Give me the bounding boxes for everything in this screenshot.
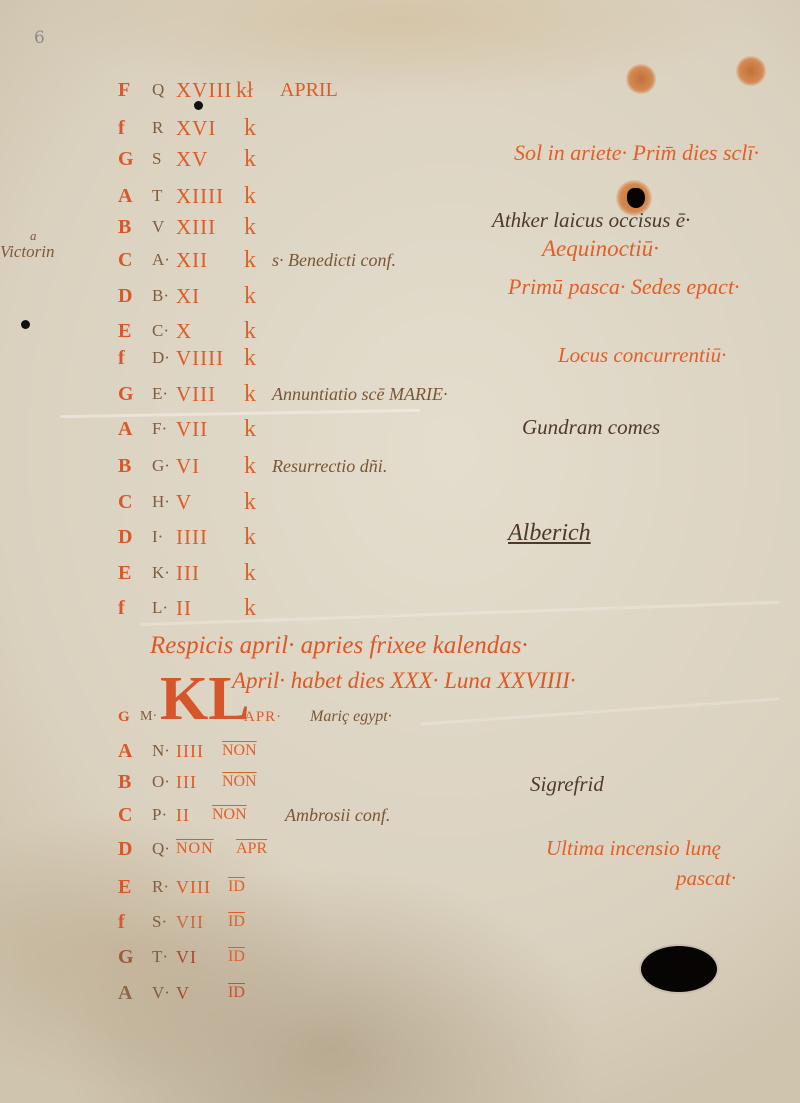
dominical-letter: G — [118, 702, 142, 732]
feast-note: Ambrosii conf. — [285, 800, 390, 830]
dominical-letter: D — [118, 281, 142, 311]
margin-note-sol-in-ariete: Sol in ariete· Prim̄ dies sclī· — [514, 140, 759, 166]
lunar-letter: Q — [152, 75, 164, 105]
dominical-letter: C — [118, 245, 142, 275]
margin-note-locus-concurrentium: Locus concurrentiū· — [558, 343, 726, 368]
margin-note-primum-pascha: Primū pasca· Sedes epact· — [508, 274, 740, 300]
april-verse-line-1: Respicis april· apries frixee kalendas· — [150, 632, 528, 660]
dominical-letter: C — [118, 487, 142, 517]
dominical-letter: f — [118, 343, 142, 373]
kalends-marker: k — [244, 245, 256, 275]
kalends-marker: k — [244, 113, 256, 143]
feast-note: Annuntiatio scē MARIE· — [272, 379, 447, 409]
day-number: II — [176, 593, 192, 623]
ink-stain — [736, 56, 766, 86]
day-number: III — [176, 558, 200, 588]
day-number: XI — [176, 281, 200, 311]
day-number: VII — [176, 414, 208, 444]
day-number: VIII — [176, 379, 216, 409]
april-verse-line-2: April· habet dies XXX· Luna XXVIIII· — [232, 668, 576, 694]
dominical-letter: D — [118, 834, 142, 864]
lunar-letter: R — [152, 113, 163, 143]
lunar-letter: R· — [152, 872, 169, 902]
kalends-marker: k — [244, 316, 256, 346]
lunar-letter: I· — [152, 522, 163, 552]
feast-note: Resurrectio dñi. — [272, 451, 387, 481]
dominical-letter: E — [118, 558, 142, 588]
dominical-letter: A — [118, 414, 142, 444]
dominical-letter: D — [118, 522, 142, 552]
dominical-letter: f — [118, 907, 142, 937]
month-label: APRIL — [280, 75, 338, 105]
day-number: XII — [176, 245, 208, 275]
kalends-marker: k — [244, 343, 256, 373]
dominical-letter: G — [118, 144, 142, 174]
day-number: XVIII — [176, 75, 232, 105]
nones-label: NON — [176, 834, 214, 864]
day-number: XIII — [176, 212, 216, 242]
lunar-letter: P· — [152, 800, 167, 830]
dominical-letter: A — [118, 736, 142, 766]
day-number: XV — [176, 144, 208, 174]
lunar-letter: M· — [140, 702, 157, 732]
day-number: VII — [176, 907, 204, 937]
lunar-letter: H· — [152, 487, 170, 517]
dominical-letter: C — [118, 800, 142, 830]
parchment-hole — [641, 946, 717, 992]
margin-note-victorin: a Victorin — [0, 242, 54, 262]
lunar-letter: V — [152, 212, 164, 242]
kalends-marker: kł — [236, 75, 253, 105]
dominical-letter: B — [118, 451, 142, 481]
dominical-letter: A — [118, 978, 142, 1008]
lunar-letter: O· — [152, 767, 170, 797]
feast-note: s· Benedicti conf. — [272, 245, 396, 275]
lunar-letter: N· — [152, 736, 170, 766]
month-abbrev: APR — [236, 834, 267, 864]
folio-number: 6 — [34, 28, 45, 48]
lunar-letter: A· — [152, 245, 170, 275]
margin-note-ultima-incensio: Ultima incensio lunę — [546, 836, 721, 861]
margin-note-pascat: pascat· — [676, 866, 736, 891]
lunar-letter: V· — [152, 978, 170, 1008]
margin-note-athker: Athker laicus occisus ē· — [492, 208, 690, 233]
day-number: V — [176, 487, 192, 517]
nones-marker: NON — [222, 767, 257, 797]
day-number: IIII — [176, 736, 204, 766]
kalends-marker: k — [244, 379, 256, 409]
lunar-letter: E· — [152, 379, 168, 409]
ides-marker: ID — [228, 907, 245, 937]
day-number: VI — [176, 451, 200, 481]
kalends-marker: k — [244, 144, 256, 174]
margin-note-alberich: Alberich — [508, 520, 591, 547]
parchment-hole — [627, 188, 645, 208]
lunar-letter: Q· — [152, 834, 170, 864]
lunar-letter: F· — [152, 414, 167, 444]
dominical-letter: E — [118, 316, 142, 346]
lunar-letter: G· — [152, 451, 170, 481]
lunar-letter: K· — [152, 558, 170, 588]
kalends-marker: k — [244, 212, 256, 242]
lunar-letter: T — [152, 181, 162, 211]
day-number: V — [176, 978, 190, 1008]
kalends-marker: k — [244, 281, 256, 311]
dominical-letter: F — [118, 75, 142, 105]
lunar-letter: S· — [152, 907, 167, 937]
dominical-letter: B — [118, 212, 142, 242]
dominical-letter: f — [118, 593, 142, 623]
lunar-letter: B· — [152, 281, 169, 311]
day-number: IIII — [176, 522, 208, 552]
dominical-letter: A — [118, 181, 142, 211]
margin-note-text: Victorin — [0, 242, 54, 261]
kalends-marker: k — [244, 593, 256, 623]
kalends-marker: k — [244, 451, 256, 481]
lunar-letter: S — [152, 144, 161, 174]
day-number: II — [176, 800, 190, 830]
ides-marker: ID — [228, 942, 245, 972]
lunar-letter: L· — [152, 593, 168, 623]
day-number: VIIII — [176, 343, 224, 373]
superscript-mark: a — [30, 228, 37, 244]
day-number: XVI — [176, 113, 216, 143]
dominical-letter: G — [118, 942, 142, 972]
nones-marker: NON — [222, 736, 257, 766]
margin-note-gundram: Gundram comes — [522, 415, 660, 440]
kalends-marker: k — [244, 414, 256, 444]
feast-note: Mariç egypt· — [310, 702, 392, 732]
margin-note-sigrefrid: Sigrefrid — [530, 772, 604, 797]
lunar-letter: C· — [152, 316, 169, 346]
nones-marker: NON — [212, 800, 247, 830]
lunar-letter: D· — [152, 343, 170, 373]
kalends-marker: k — [244, 522, 256, 552]
day-number: XIIII — [176, 181, 224, 211]
dominical-letter: E — [118, 872, 142, 902]
ides-marker: ID — [228, 978, 245, 1008]
dominical-letter: G — [118, 379, 142, 409]
month-abbrev: APR· — [244, 702, 282, 732]
day-number: X — [176, 316, 192, 346]
kalends-marker: k — [244, 558, 256, 588]
day-number: VIII — [176, 872, 211, 902]
ides-marker: ID — [228, 872, 245, 902]
ink-stain — [626, 64, 656, 94]
margin-note-aequinoctium: Aequinoctiū· — [542, 236, 659, 262]
dominical-letter: B — [118, 767, 142, 797]
kalends-marker: k — [244, 181, 256, 211]
dominical-letter: f — [118, 113, 142, 143]
ink-dot — [21, 320, 30, 329]
day-number: III — [176, 767, 197, 797]
day-number: VI — [176, 942, 197, 972]
kalends-marker: k — [244, 487, 256, 517]
lunar-letter: T· — [152, 942, 168, 972]
